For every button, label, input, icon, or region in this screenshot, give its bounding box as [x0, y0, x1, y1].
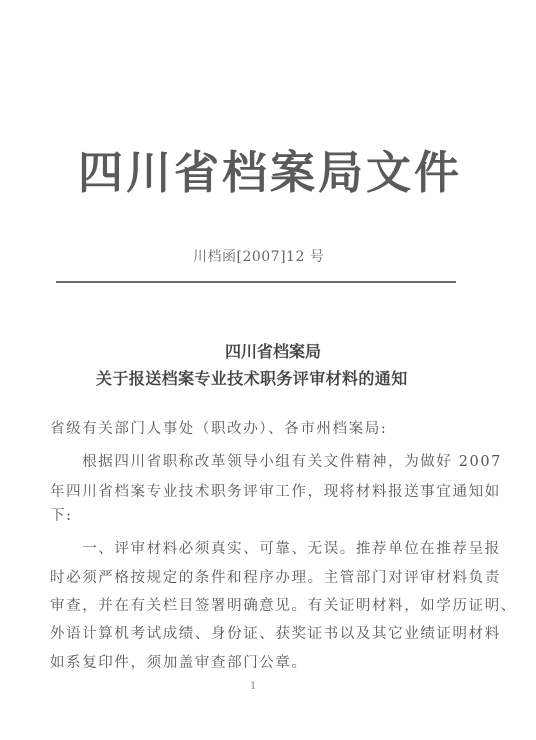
- notice-title: 关于报送档案专业技术职务评审材料的通知: [96, 366, 408, 389]
- page-number: 1: [250, 681, 256, 692]
- body-line: 时必须严格按规定的条件和程序办理。主管部门对评审材料负责: [50, 566, 501, 587]
- body-line: 年四川省档案专业技术职务评审工作，现将材料报送事宜通知如: [50, 480, 501, 501]
- body-line: 外语计算机考试成绩、身份证、获奖证书以及其它业绩证明材料: [50, 622, 501, 643]
- salutation: 省级有关部门人事处（职改办）、各市州档案局:: [50, 417, 387, 438]
- body-line: 一、评审材料必须真实、可靠、无误。推荐单位在推荐呈报: [50, 537, 501, 558]
- header-divider: [56, 281, 456, 283]
- body-line: 根据四川省职称改革领导小组有关文件精神，为做好 2007: [50, 450, 502, 471]
- document-header-title: 四川省档案局文件: [78, 136, 462, 201]
- body-line: 如系复印件，须加盖审查部门公章。: [50, 651, 308, 672]
- document-number: 川档函[2007]12 号: [193, 246, 324, 266]
- body-line: 审查，并在有关栏目签署明确意见。有关证明材料，如学历证明、: [50, 594, 517, 615]
- body-line: 下:: [50, 504, 73, 525]
- document-page: 四川省档案局文件 川档函[2007]12 号 四川省档案局 关于报送档案专业技术…: [0, 0, 536, 740]
- notice-issuer: 四川省档案局: [0, 339, 536, 362]
